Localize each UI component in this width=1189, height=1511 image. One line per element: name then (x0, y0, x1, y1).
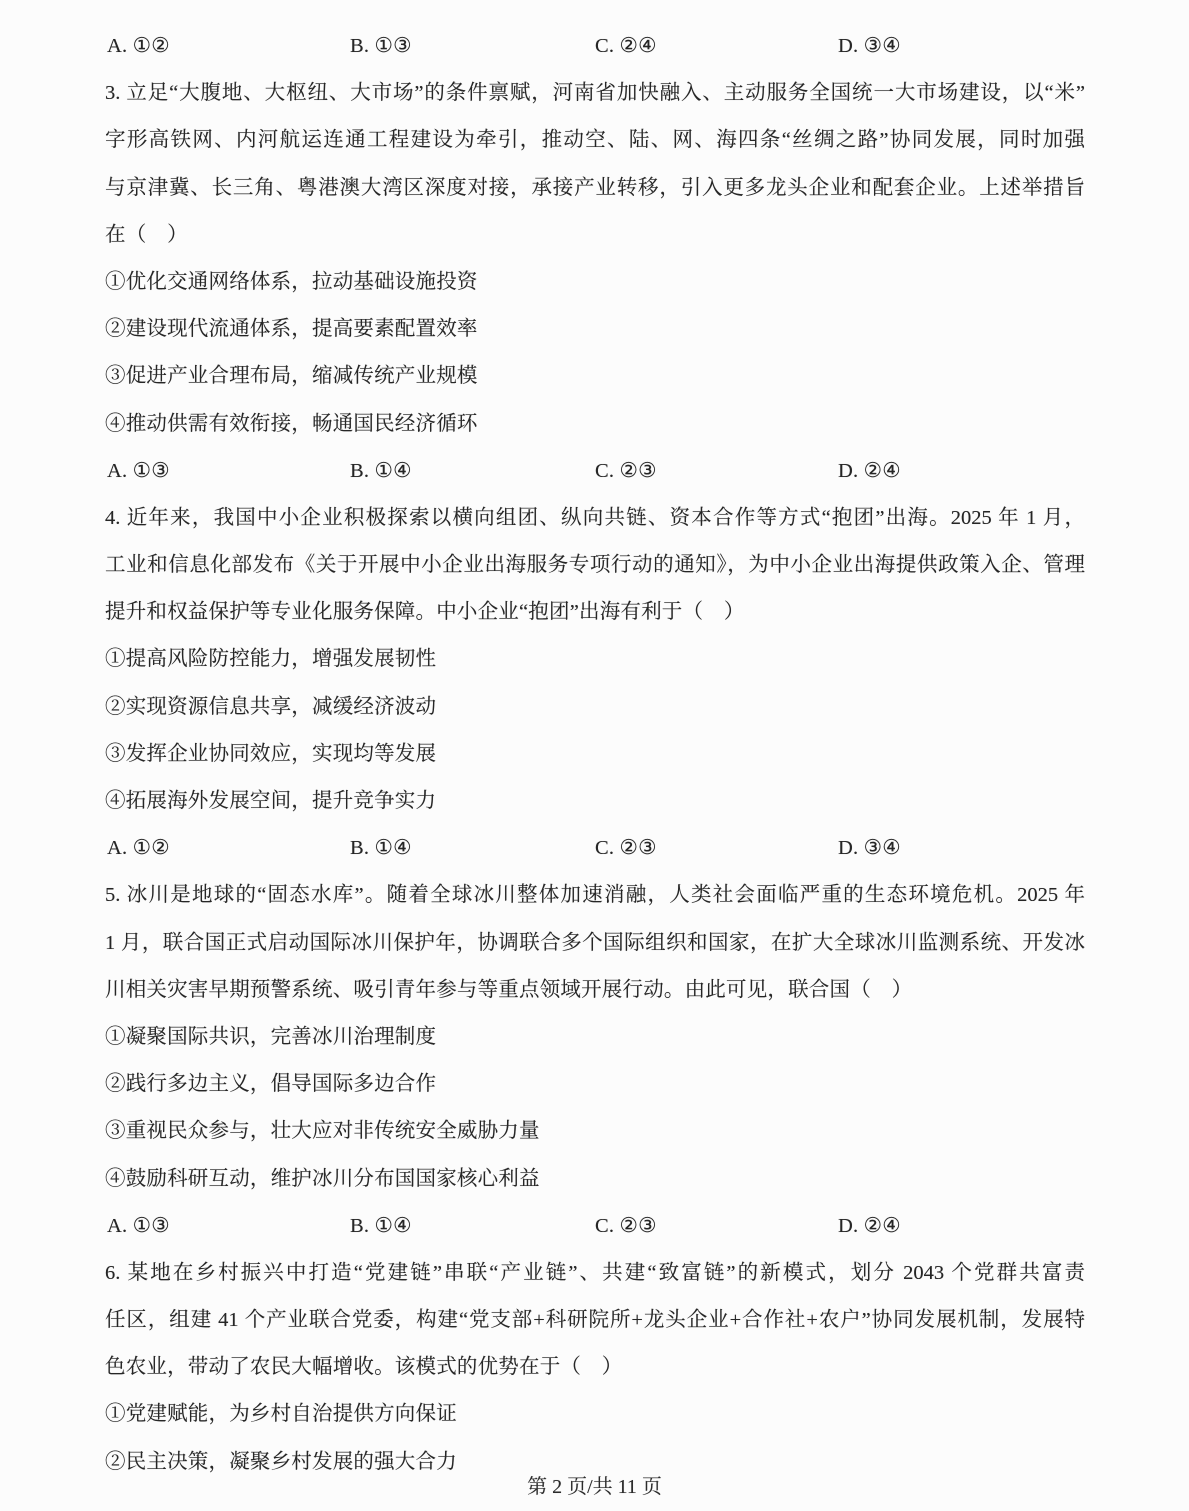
q5-option-c: C. ②③ (595, 1203, 657, 1250)
q4-options-row: A. ①② B. ①④ C. ②③ D. ③④ (105, 825, 1085, 872)
q4-stem-line-2: 工业和信息化部发布《关于开展中小企业出海服务专项行动的通知》，为中小企业出海提供… (105, 542, 1085, 589)
q3-option-b: B. ①④ (350, 448, 412, 495)
q5-choice-2: ②践行多边主义，倡导国际多边合作 (105, 1061, 1085, 1108)
q4-choice-4: ④拓展海外发展空间，提升竞争实力 (105, 778, 1085, 825)
q3-choice-1: ①优化交通网络体系，拉动基础设施投资 (105, 259, 1085, 306)
q3-options-row: A. ①③ B. ①④ C. ②③ D. ②④ (105, 448, 1085, 495)
q4-option-b: B. ①④ (350, 825, 412, 872)
q5-option-b: B. ①④ (350, 1203, 412, 1250)
q2-option-d: D. ③④ (838, 23, 901, 70)
q3-option-d: D. ②④ (838, 448, 901, 495)
q5-stem-line-3: 川相关灾害早期预警系统、吸引青年参与等重点领域开展行动。由此可见，联合国（ ） (105, 967, 1085, 1014)
q3-choice-4: ④推动供需有效衔接，畅通国民经济循环 (105, 401, 1085, 448)
page-body: A. ①② B. ①③ C. ②④ D. ③④ 3. 立足“大腹地、大枢纽、大市… (105, 23, 1085, 1486)
q2-option-c: C. ②④ (595, 23, 657, 70)
q3-choice-2: ②建设现代流通体系，提高要素配置效率 (105, 306, 1085, 353)
q3-stem-line-4: 在（ ） (105, 212, 1085, 259)
q4-choice-1: ①提高风险防控能力，增强发展韧性 (105, 636, 1085, 683)
q5-choice-3: ③重视民众参与，壮大应对非传统安全威胁力量 (105, 1108, 1085, 1155)
q3-stem-line-3: 与京津冀、长三角、粤港澳大湾区深度对接，承接产业转移，引入更多龙头企业和配套企业… (105, 165, 1085, 212)
q3-choice-3: ③促进产业合理布局，缩减传统产业规模 (105, 353, 1085, 400)
q5-choice-1: ①凝聚国际共识，完善冰川治理制度 (105, 1014, 1085, 1061)
q6-choice-1: ①党建赋能，为乡村自治提供方向保证 (105, 1391, 1085, 1438)
exam-paper-page: A. ①② B. ①③ C. ②④ D. ③④ 3. 立足“大腹地、大枢纽、大市… (0, 0, 1189, 1511)
q3-stem-line-1: 3. 立足“大腹地、大枢纽、大市场”的条件禀赋，河南省加快融入、主动服务全国统一… (105, 70, 1085, 117)
q3-option-c: C. ②③ (595, 448, 657, 495)
q3-stem-line-2: 字形高铁网、内河航运连通工程建设为牵引，推动空、陆、网、海四条“丝绸之路”协同发… (105, 117, 1085, 164)
q4-option-a: A. ①② (107, 825, 170, 872)
q4-stem-line-1: 4. 近年来，我国中小企业积极探索以横向组团、纵向共链、资本合作等方式“抱团”出… (105, 495, 1085, 542)
q5-options-row: A. ①③ B. ①④ C. ②③ D. ②④ (105, 1203, 1085, 1250)
q3-option-a: A. ①③ (107, 448, 170, 495)
q5-option-a: A. ①③ (107, 1203, 170, 1250)
q4-option-c: C. ②③ (595, 825, 657, 872)
q2-carryover-options-row: A. ①② B. ①③ C. ②④ D. ③④ (105, 23, 1085, 70)
q5-choice-4: ④鼓励科研互动，维护冰川分布国国家核心利益 (105, 1156, 1085, 1203)
q5-option-d: D. ②④ (838, 1203, 901, 1250)
q6-stem-line-1: 6. 某地在乡村振兴中打造“党建链”串联“产业链”、共建“致富链”的新模式，划分… (105, 1250, 1085, 1297)
q4-stem-line-3: 提升和权益保护等专业化服务保障。中小企业“抱团”出海有利于（ ） (105, 589, 1085, 636)
page-number-footer: 第 2 页/共 11 页 (0, 1472, 1189, 1502)
q5-stem-line-2: 1 月，联合国正式启动国际冰川保护年，协调联合多个国际组织和国家，在扩大全球冰川… (105, 920, 1085, 967)
q5-stem-line-1: 5. 冰川是地球的“固态水库”。随着全球冰川整体加速消融，人类社会面临严重的生态… (105, 872, 1085, 919)
q6-stem-line-2: 任区，组建 41 个产业联合党委，构建“党支部+科研院所+龙头企业+合作社+农户… (105, 1297, 1085, 1344)
q4-choice-3: ③发挥企业协同效应，实现均等发展 (105, 731, 1085, 778)
q2-option-b: B. ①③ (350, 23, 412, 70)
q4-option-d: D. ③④ (838, 825, 901, 872)
q4-choice-2: ②实现资源信息共享，减缓经济波动 (105, 684, 1085, 731)
q2-option-a: A. ①② (107, 23, 170, 70)
q6-stem-line-3: 色农业，带动了农民大幅增收。该模式的优势在于（ ） (105, 1344, 1085, 1391)
